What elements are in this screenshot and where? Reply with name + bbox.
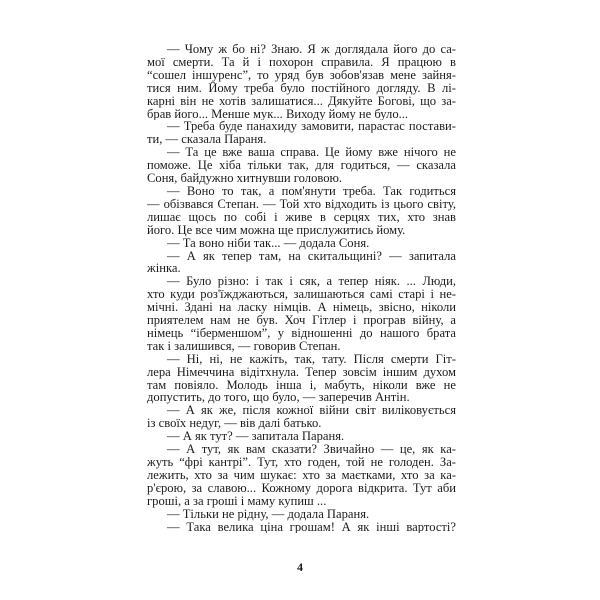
text-line: — Така велика ціна грошам! А як інші вар…: [147, 521, 456, 534]
text-line: мічні. Здані на ласку німців. А німець, …: [147, 301, 456, 314]
text-line: лежить, хто за чим шукає: хто за маєткам…: [147, 469, 456, 482]
text-line: “сошел іншуренс”, то уряд був зобов'язав…: [147, 69, 456, 82]
text-line: — Ні, ні, не кажіть, так, тату. Після см…: [147, 353, 456, 366]
text-line: — Та воно ніби так... — додала Соня.: [147, 237, 456, 250]
text-line: хто куди роз'їжджаються, залишаються сам…: [147, 288, 456, 301]
text-line: поможе. Це хіба тільки так, для годиться…: [147, 159, 456, 172]
text-line: приятелем нам не був. Хоч Гітлер і прогр…: [147, 314, 456, 327]
text-line: — Чому ж бо ні? Знаю. Я ж доглядала його…: [147, 43, 456, 56]
page-body-text: — Чому ж бо ні? Знаю. Я ж доглядала його…: [147, 43, 456, 533]
text-line: німець “іберменшом”, у відношенні до наш…: [147, 327, 456, 340]
text-line: р'єрою, за славою... Кожному дорога відк…: [147, 482, 456, 495]
text-line: — А тут, як вам сказати? Звичайно — це, …: [147, 443, 456, 456]
text-line: його. Це все чим можна ще прислужитись й…: [147, 224, 456, 237]
text-line: брав його... Менше мук... Виходу йому не…: [147, 108, 456, 121]
text-line: — А як же, після кожної війни світ вилік…: [147, 404, 456, 417]
text-line: — Треба буде панахиду замовити, парастас…: [147, 120, 456, 133]
text-line: — А як тепер там, на скитальщині? — запи…: [147, 250, 456, 263]
text-line: лера Німеччина відітхнула. Тепер зовсім …: [147, 366, 456, 379]
text-line: гроші, а за гроші і маму купиш ...: [147, 495, 456, 508]
text-line: — обізвався Степан. — Той хто відходить …: [147, 198, 456, 211]
page-number: 4: [290, 560, 310, 575]
text-line: — Воно то так, а пом'янути треба. Так го…: [147, 185, 456, 198]
text-line: — Тільки не рідну, — додала Параня.: [147, 508, 456, 521]
text-line: допустить, до того, що було, — заперечив…: [147, 391, 456, 404]
text-line: лишає щось по собі і живе в серцях тих, …: [147, 211, 456, 224]
text-line: жінка.: [147, 262, 456, 275]
text-line: ти, — сказала Параня.: [147, 133, 456, 146]
text-line: так і залишився, — говорив Степан.: [147, 340, 456, 353]
text-line: — Та це вже ваша справа. Це йому вже ніч…: [147, 146, 456, 159]
text-line: жуть “фрі кантрі”. Тут, хто годен, той н…: [147, 456, 456, 469]
text-line: Соня, байдужно хитнувши головою.: [147, 172, 456, 185]
text-line: із своїх недуг, — вів далі батько.: [147, 417, 456, 430]
text-line: там повіяло. Молодь інша і, мабуть, ніко…: [147, 379, 456, 392]
book-page: — Чому ж бо ні? Знаю. Я ж доглядала його…: [0, 0, 600, 600]
text-line: — Було різно: і так і сяк, а тепер ніяк.…: [147, 275, 456, 288]
text-line: — А як тут? — запитала Параня.: [147, 430, 456, 443]
text-line: тися ним. Йому треба було постійного дог…: [147, 82, 456, 95]
text-line: мої смерти. Та й і похорон справила. Я п…: [147, 56, 456, 69]
text-line: карні він не хотів залишатися... Дякуйте…: [147, 95, 456, 108]
